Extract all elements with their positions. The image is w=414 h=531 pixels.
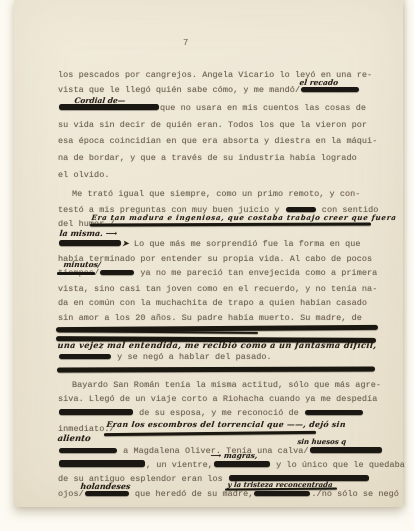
- ink-blackout: [59, 460, 145, 467]
- ink-blackout: [85, 491, 129, 496]
- struck-typed-text: tiempos: [58, 268, 94, 278]
- typescript-line: ➤ Lo que más me sorprendió fue la forma …: [58, 238, 361, 249]
- typed-text: ya no me pareció tan envejecida como a p…: [135, 268, 377, 278]
- handwritten-annotation: el recado: [299, 78, 339, 87]
- strike-bar: [58, 330, 258, 334]
- typescript-line: de su esposa, y me reconoció de: [58, 408, 364, 418]
- page-number: 7: [183, 38, 188, 48]
- typescript-line: tiempos/ ya no me pareció tan envejecida…: [58, 268, 377, 278]
- handwritten-annotation: la misma. ⟶: [59, 228, 118, 238]
- typed-text: y se negó a hablar del pasado.: [112, 352, 272, 362]
- ink-blackout: [59, 409, 133, 415]
- typed-text: que heredó de su madre,: [130, 489, 254, 499]
- typescript-line: y se negó a hablar del pasado.: [58, 352, 272, 362]
- typescript-line: da en común con la muchachita de trapo a…: [58, 298, 367, 308]
- manuscript-content-layer: 7 los pescados por cangrejos. Angela Vic…: [0, 0, 414, 531]
- typed-text: vista que le llegó quién sabe cómo, y me…: [58, 85, 300, 95]
- ink-blackout: [305, 410, 363, 415]
- typescript-line: , un vientre, y lo único que le quedaba: [58, 460, 405, 470]
- typescript-line: sin amor a los 20 años. Su padre había m…: [58, 313, 362, 323]
- typed-text: que no usara en mis cuentos las cosas de: [160, 103, 366, 113]
- typescript-line: vista, sino casi tan joven como en el re…: [58, 284, 377, 294]
- typed-text: , un vientre,: [146, 460, 213, 470]
- handwritten-annotation: ⟶ magras,: [210, 451, 258, 460]
- typed-text: de su esposa, y me reconoció de: [134, 408, 304, 418]
- typed-text: vista, sino casi tan joven como en el re…: [58, 284, 377, 294]
- handwritten-annotation: minutos/: [63, 260, 101, 269]
- strike-bar: [104, 431, 316, 436]
- handwritten-annotation: Era tan madura e ingeniosa, que costaba …: [91, 213, 397, 222]
- ink-blackout: [59, 354, 111, 359]
- typed-text: na de bordar, y que a través de su indus…: [58, 153, 357, 163]
- handwritten-annotation: sin huesos q: [297, 437, 347, 446]
- handwritten-annotation: aliento: [57, 434, 91, 444]
- ink-blackout: [286, 207, 316, 212]
- handwritten-inline: ➤: [122, 238, 129, 248]
- typed-text: había terminado por entender su propia v…: [58, 254, 372, 264]
- scanned-manuscript-screenshot: { "meta": { "page_number": "7" }, "palet…: [0, 0, 414, 531]
- typescript-line: esa época coincidían en que era absorta …: [58, 136, 377, 146]
- typed-text: y lo único que le quedaba: [271, 460, 405, 470]
- ink-blackout: [301, 87, 359, 92]
- typed-text: Me trató igual que siempre, como un prim…: [72, 189, 360, 199]
- handwritten-annotation: Eran los escombros del torrencial que ——…: [106, 420, 346, 429]
- typescript-line: Bayardo San Román tenía la misma actitud…: [72, 380, 381, 390]
- strike-bar: [57, 366, 375, 372]
- typed-text: ./no sólo se negó: [311, 489, 399, 499]
- typescript-line: na de bordar, y que a través de su indus…: [58, 153, 357, 163]
- ink-blackout: [214, 461, 270, 467]
- ink-blackout: [59, 240, 121, 246]
- ink-blackout: [59, 448, 117, 453]
- typed-text: su vida sin decir de quién eran. Todos l…: [58, 120, 367, 130]
- typescript-line: el olvido.: [58, 170, 110, 180]
- typescript-line: su vida sin decir de quién eran. Todos l…: [58, 120, 367, 130]
- ink-blackout: [310, 447, 382, 453]
- typed-text: el olvido.: [58, 170, 110, 180]
- typed-text: siva. Llegó de un viaje corto a Riohacha…: [58, 394, 377, 404]
- typed-text: sin amor a los 20 años. Su padre había m…: [58, 313, 362, 323]
- ink-blackout: [254, 491, 310, 496]
- handwritten-annotation: Cordial de—: [74, 96, 126, 105]
- handwritten-annotation: holandeses: [80, 481, 131, 491]
- strike-bar: [90, 223, 371, 226]
- typescript-line: había terminado por entender su propia v…: [58, 254, 372, 264]
- typed-text: esa época coincidían en que era absorta …: [58, 136, 377, 146]
- typed-text: Bayardo San Román tenía la misma actitud…: [72, 380, 381, 390]
- typescript-line: Me trató igual que siempre, como un prim…: [72, 189, 360, 199]
- typed-text: da en común con la muchachita de trapo a…: [58, 298, 367, 308]
- typescript-line: siva. Llegó de un viaje corto a Riohacha…: [58, 394, 377, 404]
- ink-blackout: [100, 270, 134, 275]
- typed-text: Lo que más me sorprendió fue la forma en…: [129, 239, 361, 249]
